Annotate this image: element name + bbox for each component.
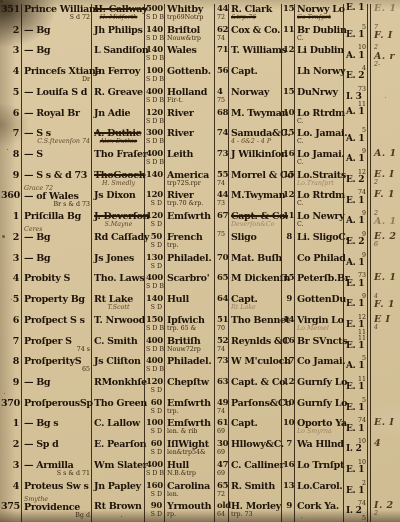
cell-where-built: BriſtolNouw&trp: [165, 25, 215, 46]
cell-class: 5A. 1: [344, 128, 368, 149]
cell-master-name: T. Nrwood: [92, 315, 145, 336]
cell-year-number: old64: [215, 501, 229, 522]
cell-draught: 14: [282, 315, 295, 336]
cell-owner-name: Capt.Rt Lake: [229, 294, 282, 315]
cell-port-voyage: Lo RtrdmC.: [295, 190, 344, 211]
cell-margin-annotation: [370, 128, 400, 149]
cell-draught: 16: [282, 149, 295, 170]
cell-draught: 15: [282, 4, 295, 25]
cell-port-voyage: Co Philad: [295, 253, 344, 274]
cell-ship-name: Proſpect S s: [22, 315, 92, 336]
cell-port-voyage: Lo.Carol.: [295, 481, 344, 502]
cell-owner-name: M.Twyman: [229, 190, 282, 211]
register-page: 351Prince WilliamS d 72H. CallwayH. Midf…: [0, 0, 400, 522]
cell-master-name: Js Cliſton: [92, 356, 145, 377]
cell-running-number: 5: [0, 87, 22, 108]
register-row: 4Princeſs XtianaDrJn Ferroy100S D BGotte…: [0, 66, 400, 87]
cell-master-name: A. DuthieAlex Duthie: [92, 128, 145, 149]
cell-ship-name: — S sC.S.ſtevenſon 74: [22, 128, 92, 149]
cell-margin-annotation: E I4: [370, 315, 400, 336]
cell-year-number: 65: [215, 273, 229, 294]
register-row: 8ProſperityS65Js Cliſton400S D BPhiladel…: [0, 356, 400, 377]
cell-ship-name: Probity S: [22, 273, 92, 294]
cell-where-built: Scarbro': [165, 273, 215, 294]
cell-where-built: Emſwrth: [165, 211, 215, 232]
cell-tons: 60S D: [145, 398, 165, 419]
cell-year-number: 4974: [215, 398, 229, 419]
cell-owner-name: C. Calliner: [229, 460, 282, 481]
cell-running-number: 8: [0, 356, 22, 377]
cell-ship-name: ProſperousSp: [22, 398, 92, 419]
cell-tons: 400S D B: [145, 149, 165, 170]
cell-where-built: River: [165, 108, 215, 129]
cell-draught: 10: [282, 418, 295, 439]
cell-ship-name: — Sp d: [22, 439, 92, 460]
cell-tons: 150S D B: [145, 315, 165, 336]
cell-owner-name: H. Morleytrp. 73: [229, 501, 282, 522]
cell-year-number: 4472: [215, 4, 229, 25]
register-row: 351Prince WilliamS d 72H. CallwayH. Midf…: [0, 4, 400, 25]
cell-margin-annotation: 4F. 1: [370, 294, 400, 315]
cell-master-name: Jn Papley: [92, 481, 145, 502]
register-row: 7— S sC.S.ſtevenſon 74A. DuthieAlex Duth…: [0, 128, 400, 149]
cell-where-built: Gottenb.: [165, 66, 215, 87]
cell-master-name: Js Jones: [92, 253, 145, 274]
cell-tons: 120S D: [145, 211, 165, 232]
cell-where-built: Whitbytrp69Notrp: [165, 4, 215, 25]
cell-class: 10A. 1: [344, 45, 368, 66]
cell-ship-name: — Bg s: [22, 418, 92, 439]
cell-margin-annotation: E. 1: [370, 273, 400, 294]
cell-running-number: 351: [0, 4, 22, 25]
cell-margin-annotation: [370, 377, 400, 398]
cell-margin-annotation: [370, 66, 400, 87]
cell-ship-name: Proſper S74 s: [22, 336, 92, 357]
cell-master-name: R. Greave: [92, 87, 145, 108]
cell-owner-name: Capt. & Co.: [229, 377, 282, 398]
cell-port-voyage: Li. SligoC.: [295, 232, 344, 253]
cell-draught: 12: [282, 45, 295, 66]
cell-ship-name: Grace 72— of WalesBr s & d 73: [22, 190, 92, 211]
cell-draught: 15: [282, 170, 295, 191]
cell-ship-name: — Bg: [22, 377, 92, 398]
cell-owner-name: R. Clark&trp.76: [229, 4, 282, 25]
cell-owner-name: Sligo: [229, 232, 282, 253]
cell-year-number: 6274: [215, 25, 229, 46]
cell-master-name: C. Lallow: [92, 418, 145, 439]
cell-master-name: Rt LakeT.Scott: [92, 294, 145, 315]
cell-tons: 120S D: [145, 190, 165, 211]
cell-tons: 90S D: [145, 501, 165, 522]
cell-master-name: Tho. Laws: [92, 273, 145, 294]
cell-class: 74E. 1: [344, 418, 368, 439]
cell-ship-name: SmytheProvidenceBg d: [22, 501, 92, 522]
cell-margin-annotation: E. 1: [370, 4, 400, 25]
cell-year-number: 64: [215, 294, 229, 315]
cell-year-number: 63: [215, 377, 229, 398]
cell-class: 12E. 111: [344, 315, 368, 336]
cell-margin-annotation: 2A. 1: [370, 211, 400, 232]
cell-class: A. 1: [344, 108, 368, 129]
cell-class: 10I. 2: [344, 439, 368, 460]
cell-margin-annotation: [370, 87, 400, 108]
cell-tons: 140: [145, 170, 165, 191]
cell-tons: 50S D: [145, 232, 165, 253]
cell-master-name: ThoGoochH. Smedly: [92, 170, 145, 191]
register-row: 7Proſper S74 sC. Smith400S D BBritiſhNou…: [0, 336, 400, 357]
cell-year-number: 5170: [215, 315, 229, 336]
cell-owner-name: R. Smith: [229, 481, 282, 502]
cell-owner-name: Reynlds &C: [229, 336, 282, 357]
cell-running-number: 7: [0, 128, 22, 149]
cell-running-number: 3: [0, 460, 22, 481]
cell-class: 73I. 311: [344, 87, 368, 108]
cell-year-number: 4769: [215, 460, 229, 481]
cell-running-number: 4: [0, 273, 22, 294]
cell-port-voyage: Cork Ya.: [295, 501, 344, 522]
register-row: 370ProſperousSpTho Green60S DEmſwrthtrp.…: [0, 398, 400, 419]
cell-port-voyage: Br DublinC.: [295, 25, 344, 46]
cell-running-number: 9: [0, 170, 22, 191]
cell-class: 9A. 1: [344, 253, 368, 274]
cell-draught: 9: [282, 294, 295, 315]
cell-where-built: Philadel.: [165, 253, 215, 274]
register-row: 375SmytheProvidenceBg dRt Brown90S DYrmo…: [0, 501, 400, 522]
cell-port-voyage: Lo Jamai.C.: [295, 149, 344, 170]
cell-tons: 130S D: [145, 253, 165, 274]
cell-master-name: Wm Slater: [92, 460, 145, 481]
register-row: 3— ArmillaS s & d 71Wm Slater400S D BHul…: [0, 460, 400, 481]
cell-tons: 120S D B: [145, 108, 165, 129]
cell-running-number: 375: [0, 501, 22, 522]
cell-year-number: 74: [215, 128, 229, 149]
cell-running-number: 1: [0, 418, 22, 439]
cell-draught: 10: [282, 108, 295, 129]
cell-master-name: Rd Caſſady: [92, 232, 145, 253]
cell-port-voyage: Gurnſy Lo: [295, 398, 344, 419]
cell-ship-name: — S: [22, 149, 92, 170]
register-row: 6— Royal BrJn Adie120S D BRiver68M. Twym…: [0, 108, 400, 129]
cell-running-number: 4: [0, 66, 22, 87]
cell-running-number: 6: [0, 315, 22, 336]
cell-master-name: Jn Adie: [92, 108, 145, 129]
cell-running-number: 3: [0, 45, 22, 66]
cell-port-voyage: Oporto YaLo Smyrna: [295, 418, 344, 439]
cell-port-voyage: Lo.StraitsLo.Tranſprt: [295, 170, 344, 191]
cell-owner-name: Capt.: [229, 418, 282, 439]
cell-draught: 12: [282, 377, 295, 398]
cell-where-built: Frenchtrp.: [165, 232, 215, 253]
register-row: 360Grace 72— of WalesBr s & d 73Js Dixon…: [0, 190, 400, 211]
cell-draught: 7: [282, 439, 295, 460]
cell-running-number: 370: [0, 398, 22, 419]
cell-master-name: E. Pearſon: [92, 439, 145, 460]
cell-year-number: 56: [215, 66, 229, 87]
cell-draught: 15: [282, 273, 295, 294]
cell-where-built: Carolinalen.: [165, 481, 215, 502]
cell-port-voyage: Lo RtrdmC.: [295, 108, 344, 129]
cell-ship-name: — ArmillaS s & d 71: [22, 460, 92, 481]
cell-class: 10E. 1: [344, 460, 368, 481]
cell-draught: 8: [282, 232, 295, 253]
cell-margin-annotation: [370, 460, 400, 481]
cell-master-name: Rt Brown: [92, 501, 145, 522]
cell-tons: 140S D: [145, 294, 165, 315]
cell-tons: 60S D: [145, 439, 165, 460]
cell-ship-name: ProſperityS65: [22, 356, 92, 377]
cell-where-built: Americatrp72S.rpr: [165, 170, 215, 191]
cell-draught: 11: [282, 211, 295, 232]
cell-owner-name: Samuda&C.4 - 6&2 - 4 P: [229, 128, 282, 149]
cell-port-voyage: Wa Hllnd: [295, 439, 344, 460]
cell-master-name: J. DeverſonS.Mayne: [92, 211, 145, 232]
cell-running-number: 360: [0, 190, 22, 211]
cell-year-number: 68: [215, 108, 229, 129]
cell-master-name: Jh Philips: [92, 25, 145, 46]
cell-class: 9A. 1: [344, 149, 368, 170]
cell-year-number: 67: [215, 211, 229, 232]
cell-tons: 100S D B: [145, 66, 165, 87]
cell-margin-annotation: I. 22: [370, 501, 400, 522]
cell-margin-annotation: [370, 108, 400, 129]
cell-margin-annotation: E. 26: [370, 232, 400, 253]
cell-draught: 17: [282, 356, 295, 377]
cell-draught: 11: [282, 25, 295, 46]
cell-master-name: Tho Fraſer: [92, 149, 145, 170]
register-row: 2— Sp dE. Pearſon60S DIſlWightlen&trp54&…: [0, 439, 400, 460]
register-table: 351Prince WilliamS d 72H. CallwayH. Midf…: [0, 4, 400, 522]
cell-owner-name: Norway: [229, 87, 282, 108]
cell-margin-annotation: [370, 356, 400, 377]
cell-margin-annotation: [370, 481, 400, 502]
cell-port-voyage: Lo Trnſpt: [295, 460, 344, 481]
cell-owner-name: Morrel & Co: [229, 170, 282, 191]
cell-where-built: HollandFir-t.: [165, 87, 215, 108]
cell-class: 12E. 2: [344, 170, 368, 191]
cell-where-built: IſlWightlen&trp54&: [165, 439, 215, 460]
cell-owner-name: Cox & Co.: [229, 25, 282, 46]
cell-owner-name: Capt.: [229, 66, 282, 87]
cell-class: 9E. 1: [344, 294, 368, 315]
cell-tons: 300S D B: [145, 128, 165, 149]
cell-where-built: Yrmouthrp.: [165, 501, 215, 522]
cell-ship-name: Princeſs XtianaDr: [22, 66, 92, 87]
cell-year-number: 6572: [215, 481, 229, 502]
cell-margin-annotation: F. 1: [370, 190, 400, 211]
cell-year-number: 75: [215, 232, 229, 253]
cell-year-number: 5574: [215, 170, 229, 191]
cell-owner-name: J Wilkinſon: [229, 149, 282, 170]
cell-where-built: Chepſtw: [165, 377, 215, 398]
cell-tons: 100S D: [145, 418, 165, 439]
cell-running-number: 6: [0, 108, 22, 129]
cell-owner-name: Hllowy&C.: [229, 439, 282, 460]
cell-where-built: Wales: [165, 45, 215, 66]
cell-tons: 400S D B: [145, 460, 165, 481]
cell-tons: 120S D: [145, 377, 165, 398]
cell-port-voyage: Lo. Jamai.C.: [295, 128, 344, 149]
register-row: 5Property BgRt LakeT.Scott140S DHull64Ca…: [0, 294, 400, 315]
cell-running-number: 7: [0, 336, 22, 357]
cell-margin-annotation: [370, 398, 400, 419]
cell-owner-name: Parſons&Co: [229, 398, 282, 419]
cell-margin-annotation: A. 1: [370, 149, 400, 170]
cell-running-number: 1: [0, 211, 22, 232]
cell-draught: 13: [282, 481, 295, 502]
cell-class: 5E. 1: [344, 398, 368, 419]
cell-owner-name: M Dickenſn: [229, 273, 282, 294]
cell-class: 73E. 1: [344, 273, 368, 294]
cell-tons: 400S D B: [145, 336, 165, 357]
cell-where-built: River: [165, 128, 215, 149]
cell-class: 11E. 1: [344, 377, 368, 398]
cell-class: 11E. 1: [344, 336, 368, 357]
cell-ship-name: Property Bg: [22, 294, 92, 315]
cell-running-number: 2: [0, 439, 22, 460]
register-row: 3— BgL Sandiſon140S D BWales71T. William…: [0, 45, 400, 66]
cell-draught: 15: [282, 128, 295, 149]
cell-ship-name: — Louiſa S d: [22, 87, 92, 108]
cell-where-built: Rivertrp.70 &rp.: [165, 190, 215, 211]
cell-draught: 12: [282, 190, 295, 211]
register-row: 3— BgJs Jones130S DPhiladel.70Mat. BuſhC…: [0, 253, 400, 274]
cell-running-number: 2: [0, 25, 22, 46]
cell-master-name: L Sandiſon: [92, 45, 145, 66]
cell-tons: 500S D B: [145, 4, 165, 25]
cell-master-name: H. CallwayH. Midforth: [92, 4, 145, 25]
cell-owner-name: W M'culoch: [229, 356, 282, 377]
cell-tons: 400S D B: [145, 356, 165, 377]
cell-year-number: 4473: [215, 190, 229, 211]
cell-year-number: 6169: [215, 418, 229, 439]
cell-owner-name: M. Twyman: [229, 108, 282, 129]
register-row: 2— BgJh Philips140S D BBriſtolNouw&trp62…: [0, 25, 400, 46]
cell-year-number: 73: [215, 149, 229, 170]
cell-port-voyage: Li Dublin: [295, 45, 344, 66]
register-row: 2Ceres— BgRd Caſſady50S DFrenchtrp.75Sli…: [0, 232, 400, 253]
cell-class: 2E. 1: [344, 481, 368, 502]
cell-ship-name: — Bg: [22, 253, 92, 274]
register-row: 6Proſpect S sT. Nrwood150S D BIpſwichtrp…: [0, 315, 400, 336]
cell-port-voyage: Co Jamai.: [295, 356, 344, 377]
cell-draught: 16: [282, 460, 295, 481]
cell-class: 5E. 1: [344, 25, 368, 46]
cell-class: 4E. 2: [344, 66, 368, 87]
cell-port-voyage: Peterſb.Br: [295, 273, 344, 294]
cell-margin-annotation: 4: [370, 439, 400, 460]
cell-tons: 400S D B: [145, 273, 165, 294]
cell-tons: 400S D B: [145, 87, 165, 108]
cell-year-number: 70: [215, 253, 229, 274]
cell-where-built: HullN.B.&trp: [165, 460, 215, 481]
cell-year-number: 73: [215, 356, 229, 377]
cell-port-voyage: Gurnſy Lo: [295, 377, 344, 398]
cell-class: 74I. 25: [344, 501, 368, 522]
cell-running-number: 5: [0, 294, 22, 315]
cell-margin-annotation: E. I2: [370, 170, 400, 191]
cell-ship-name: — Royal Br: [22, 108, 92, 129]
cell-where-built: Philadel.: [165, 356, 215, 377]
cell-class: 9E. 2: [344, 232, 368, 253]
cell-owner-name: T. Williams: [229, 45, 282, 66]
cell-margin-annotation: E. I: [370, 418, 400, 439]
cell-where-built: Emſwrthlen. & rib: [165, 418, 215, 439]
cell-draught: [282, 66, 295, 87]
cell-draught: 15: [282, 87, 295, 108]
cell-running-number: 8: [0, 149, 22, 170]
cell-master-name: Js Dixon: [92, 190, 145, 211]
cell-draught: 10: [282, 398, 295, 419]
cell-year-number: 3069: [215, 439, 229, 460]
cell-year-number: 5274: [215, 336, 229, 357]
cell-owner-name: Tho Bennet: [229, 315, 282, 336]
cell-where-built: Emſwrthtrp.: [165, 398, 215, 419]
cell-master-name: Jn Ferroy: [92, 66, 145, 87]
cell-margin-annotation: [370, 253, 400, 274]
cell-port-voyage: Lh Norwy: [295, 66, 344, 87]
register-row: 4Probity STho. Laws400S D BScarbro'65M D…: [0, 273, 400, 294]
cell-where-built: BritiſhNouw72rp: [165, 336, 215, 357]
cell-owner-name: Mat. Buſh: [229, 253, 282, 274]
cell-port-voyage: DuNrwy: [295, 87, 344, 108]
cell-class: 5A. 1: [344, 356, 368, 377]
cell-where-built: Ipſwichtrp. 65 &: [165, 315, 215, 336]
cell-port-voyage: Norwy LoCo Trnſprt: [295, 4, 344, 25]
cell-owner-name: Capt. & Co.Deverſon&Co: [229, 211, 282, 232]
cell-tons: 160S D: [145, 481, 165, 502]
cell-master-name: RMonkhſe: [92, 377, 145, 398]
cell-tons: 140S D B: [145, 25, 165, 46]
cell-where-built: Leith: [165, 149, 215, 170]
cell-master-name: C. Smith: [92, 336, 145, 357]
cell-port-voyage: Br SVncts: [295, 336, 344, 357]
cell-where-built: Hull: [165, 294, 215, 315]
cell-ship-name: Ceres— Bg: [22, 232, 92, 253]
cell-year-number: 71: [215, 45, 229, 66]
cell-class: 9A. 1: [344, 211, 368, 232]
register-row: 9— BgRMonkhſe120S DChepſtw63Capt. & Co.1…: [0, 377, 400, 398]
register-row: 1— Bg sC. Lallow100S DEmſwrthlen. & rib6…: [0, 418, 400, 439]
cell-margin-annotation: 7F. I: [370, 25, 400, 46]
cell-draught: 16: [282, 336, 295, 357]
cell-running-number: 4: [0, 481, 22, 502]
cell-running-number: 2: [0, 232, 22, 253]
cell-class: E. 1: [344, 4, 368, 25]
cell-year-number: 475: [215, 87, 229, 108]
cell-master-name: Tho Green: [92, 398, 145, 419]
cell-margin-annotation: [370, 336, 400, 357]
cell-draught: [282, 253, 295, 274]
cell-ship-name: Prince WilliamS d 72: [22, 4, 92, 25]
cell-running-number: 9: [0, 377, 22, 398]
cell-draught: 9: [282, 501, 295, 522]
cell-port-voyage: GottenDu: [295, 294, 344, 315]
register-row: 5— Louiſa S dR. Greave400S D BHollandFir…: [0, 87, 400, 108]
cell-port-voyage: Virgin LoLo Memel: [295, 315, 344, 336]
cell-class: 74E. 1: [344, 190, 368, 211]
cell-ship-name: — Bg: [22, 45, 92, 66]
cell-ship-name: — Bg: [22, 25, 92, 46]
cell-running-number: 3: [0, 253, 22, 274]
register-row: 8— STho Fraſer400S D BLeith73J Wilkinſon…: [0, 149, 400, 170]
cell-port-voyage: Lo NewryC.: [295, 211, 344, 232]
cell-margin-annotation: 2A. r2-: [370, 45, 400, 66]
cell-tons: 140S D B: [145, 45, 165, 66]
paper-speckles: [0, 0, 3, 3]
